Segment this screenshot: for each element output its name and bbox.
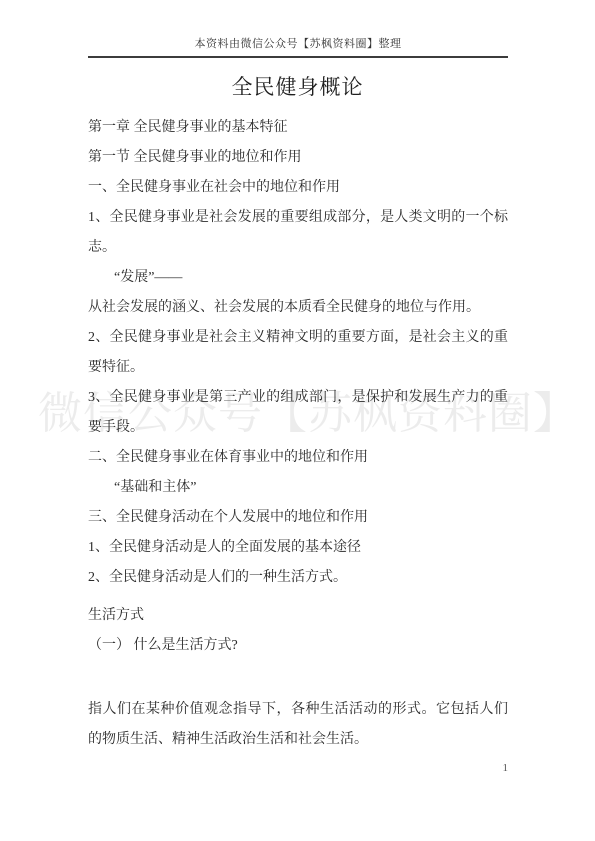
text-line: 第一章 全民健身事业的基本特征 [88,113,508,143]
header-note: 本资料由微信公众号【苏枫资料圈】整理 [88,37,508,51]
text-line: 从社会发展的涵义、社会发展的本质看全民健身的地位与作用。 [88,293,508,323]
text-line: 1、全民健身活动是人的全面发展的基本途径 [88,533,508,563]
text-line [88,661,508,691]
page-number: 1 [88,762,508,774]
header-rule-divider [88,56,508,58]
text-line: 2、全民健身活动是人们的一种生活方式。 [88,563,508,593]
text-line: 第一节 全民健身事业的地位和作用 [88,143,508,173]
text-line: （一） 什么是生活方式? [88,631,508,661]
text-line: 要手段。 [88,413,508,443]
document-title: 全民健身概论 [0,72,595,102]
text-line: 生活方式 [88,601,508,631]
text-line: “发展”—— [88,263,508,293]
text-line: 志。 [88,233,508,263]
text-line: 三、全民健身活动在个人发展中的地位和作用 [88,503,508,533]
text-line: 1、全民健身事业是社会发展的重要组成部分，是人类文明的一个标 [88,203,508,233]
text-line: 2、全民健身事业是社会主义精神文明的重要方面，是社会主义的重 [88,323,508,353]
text-line: 二、全民健身事业在体育事业中的地位和作用 [88,443,508,473]
text-line: 一、全民健身事业在社会中的地位和作用 [88,173,508,203]
text-line: 3、全民健身事业是第三产业的组成部门，是保护和发展生产力的重 [88,383,508,413]
document-body: 第一章 全民健身事业的基本特征第一节 全民健身事业的地位和作用一、全民健身事业在… [88,113,508,755]
text-line: 的物质生活、精神生活政治生活和社会生活。 [88,725,508,755]
text-line: “基础和主体” [88,473,508,503]
document-page: 本资料由微信公众号【苏枫资料圈】整理 全民健身概论 微信公众号【苏枫资料圈】 第… [0,0,595,841]
text-line: 指人们在某种价值观念指导下，各种生活活动的形式。它包括人们 [88,695,508,725]
text-line: 要特征。 [88,353,508,383]
